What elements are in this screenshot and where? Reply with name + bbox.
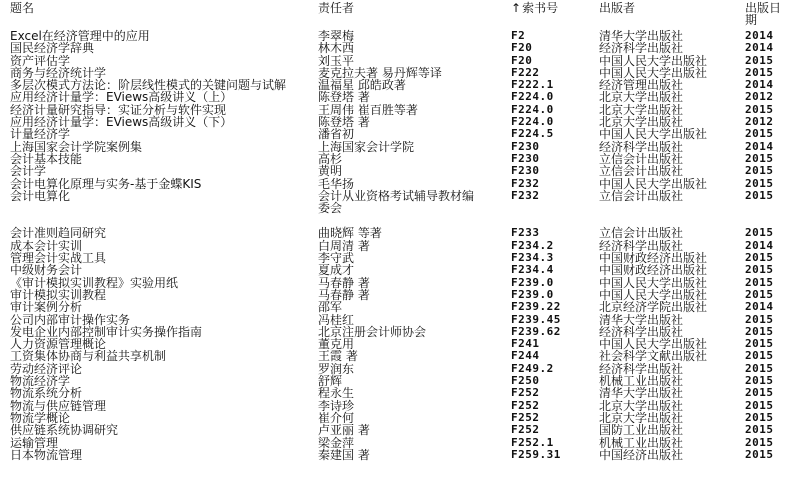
cell-title[interactable]: 日本物流管理	[10, 449, 318, 461]
cell-author: 卢亚丽 著	[318, 424, 511, 436]
cell-publisher: 立信会计出版社	[599, 227, 745, 239]
cell-date: 2014	[745, 301, 789, 313]
cell-date: 2015	[745, 437, 789, 449]
cell-call-number: F230	[511, 165, 599, 177]
cell-title[interactable]: 会计基本技能	[10, 153, 318, 165]
cell-date: 2015	[745, 350, 789, 362]
cell-author: 邵军	[318, 301, 511, 313]
cell-date: 2015	[745, 387, 789, 399]
cell-author: 程永生	[318, 387, 511, 399]
cell-title[interactable]: 公司内部审计操作实务	[10, 314, 318, 326]
header-date[interactable]: 出版日期	[745, 2, 789, 27]
sort-ascending-icon: ↑	[511, 1, 521, 15]
cell-publisher: 社会科学文献出版社	[599, 350, 745, 362]
cell-call-number: F252.1	[511, 437, 599, 449]
header-publisher[interactable]: 出版者	[599, 2, 745, 14]
cell-publisher: 机械工业出版社	[599, 437, 745, 449]
cell-publisher: 清华大学出版社	[599, 314, 745, 326]
cell-title[interactable]: 会计准则趋同研究	[10, 227, 318, 239]
cell-call-number: F20	[511, 42, 599, 54]
cell-author: 秦建国 著	[318, 449, 511, 461]
cell-title[interactable]: 会计电算化	[10, 190, 318, 202]
cell-call-number: F224.5	[511, 128, 599, 140]
table-header: 题名 责任者 ↑索书号 出版者 出版日期	[10, 2, 799, 28]
cell-author: 梁金萍	[318, 437, 511, 449]
header-date-label: 出版日期	[745, 2, 785, 27]
cell-date: 2015	[745, 264, 789, 276]
table-row: 会计电算化原理与实务-基于金蝶KIS毛华扬F232中国人民大学出版社2015	[10, 178, 799, 190]
cell-title[interactable]: 供应链系统协调研究	[10, 424, 318, 436]
table-row: 国民经济学辞典林木西F20经济科学出版社2014	[10, 42, 799, 54]
cell-author: 冯桂红	[318, 314, 511, 326]
cell-publisher: 国防工业出版社	[599, 424, 745, 436]
cell-publisher: 北京经济学院出版社	[599, 301, 745, 313]
cell-author: 林木西	[318, 42, 511, 54]
cell-publisher: 清华大学出版社	[599, 387, 745, 399]
cell-publisher: 中国人民大学出版社	[599, 128, 745, 140]
cell-publisher: 立信会计出版社	[599, 190, 745, 202]
cell-call-number: F239.45	[511, 314, 599, 326]
cell-call-number: F252	[511, 387, 599, 399]
cell-call-number: F232	[511, 190, 599, 202]
cell-publisher: 经济科学出版社	[599, 42, 745, 54]
cell-date: 2012	[745, 91, 789, 103]
table-row: 计量经济学潘省初F224.5中国人民大学出版社2015	[10, 128, 799, 140]
table-row: 会计电算化会计从业资格考试辅导教材编委会F232立信会计出版社2015	[10, 190, 799, 215]
table-row: 供应链系统协调研究卢亚丽 著F252国防工业出版社2015	[10, 424, 799, 436]
table-row: 运输管理梁金萍F252.1机械工业出版社2015	[10, 437, 799, 449]
cell-title[interactable]: 会计学	[10, 165, 318, 177]
header-call-number[interactable]: ↑索书号	[511, 2, 599, 14]
cell-title[interactable]: 工资集体协商与利益共享机制	[10, 350, 318, 362]
cell-call-number: F232	[511, 178, 599, 190]
cell-call-number: F252	[511, 424, 599, 436]
cell-date: 2015	[745, 314, 789, 326]
cell-publisher: 中国财政经济出版社	[599, 264, 745, 276]
cell-publisher: 中国经济出版社	[599, 449, 745, 461]
cell-date: 2015	[745, 449, 789, 461]
cell-author: 上海国家会计学院	[318, 141, 511, 153]
cell-author: 曲晓辉 等著	[318, 227, 511, 239]
cell-author: 罗润东	[318, 363, 511, 375]
table-row: 工资集体协商与利益共享机制王霞 著F244社会科学文献出版社2015	[10, 350, 799, 362]
table-row: 会计学黄明F230立信会计出版社2015	[10, 165, 799, 177]
cell-author: 马春静 著	[318, 289, 511, 301]
cell-date: 2014	[745, 42, 789, 54]
cell-title[interactable]: 会计电算化原理与实务-基于金蝶KIS	[10, 178, 318, 190]
book-list: Excel在经济管理中的应用李翠梅F2清华大学出版社2014国民经济学辞典林木西…	[10, 30, 799, 461]
cell-call-number: F259.31	[511, 449, 599, 461]
table-row: 公司内部审计操作实务冯桂红F239.45清华大学出版社2015	[10, 314, 799, 326]
table-row: 会计准则趋同研究曲晓辉 等著F233立信会计出版社2015	[10, 227, 799, 239]
cell-date: 2015	[745, 178, 789, 190]
header-title[interactable]: 题名	[10, 2, 318, 14]
catalog-page: 题名 责任者 ↑索书号 出版者 出版日期 Excel在经济管理中的应用李翠梅F2…	[0, 0, 799, 461]
cell-author: 陈登塔 著	[318, 91, 511, 103]
cell-author: 会计从业资格考试辅导教材编委会	[318, 190, 511, 215]
header-author[interactable]: 责任者	[318, 2, 511, 14]
cell-publisher: 立信会计出版社	[599, 165, 745, 177]
cell-call-number: F239.22	[511, 301, 599, 313]
cell-author: 王霞 著	[318, 350, 511, 362]
table-row: 日本物流管理秦建国 著F259.31中国经济出版社2015	[10, 449, 799, 461]
cell-date: 2015	[745, 424, 789, 436]
cell-title[interactable]: 国民经济学辞典	[10, 42, 318, 54]
cell-author: 毛华扬	[318, 178, 511, 190]
cell-author: 潘省初	[318, 128, 511, 140]
table-row: 应用经济计量学：EViews高级讲义（上）陈登塔 著F224.0北京大学出版社2…	[10, 91, 799, 103]
cell-call-number: F233	[511, 227, 599, 239]
cell-title[interactable]: 审计案例分析	[10, 301, 318, 313]
cell-title[interactable]: 物流系统分析	[10, 387, 318, 399]
cell-author: 夏成才	[318, 264, 511, 276]
header-call-number-label: 索书号	[522, 1, 558, 15]
table-row: 中级财务会计夏成才F234.4中国财政经济出版社2015	[10, 264, 799, 276]
cell-title[interactable]: 中级财务会计	[10, 264, 318, 276]
cell-call-number: F234.4	[511, 264, 599, 276]
table-row: 审计案例分析邵军F239.22北京经济学院出版社2014	[10, 301, 799, 313]
cell-author: 高杉	[318, 153, 511, 165]
cell-date: 2015	[745, 128, 789, 140]
table-row: 物流系统分析程永生F252清华大学出版社2015	[10, 387, 799, 399]
cell-title[interactable]: 计量经济学	[10, 128, 318, 140]
cell-call-number: F224.0	[511, 91, 599, 103]
cell-date: 2015	[745, 190, 789, 202]
cell-date: 2015	[745, 227, 789, 239]
cell-author: 黄明	[318, 165, 511, 177]
cell-publisher: 北京大学出版社	[599, 91, 745, 103]
cell-title[interactable]: 应用经济计量学：EViews高级讲义（上）	[10, 91, 318, 103]
cell-title[interactable]: 运输管理	[10, 437, 318, 449]
cell-call-number: F244	[511, 350, 599, 362]
cell-publisher: 中国人民大学出版社	[599, 178, 745, 190]
cell-date: 2015	[745, 165, 789, 177]
